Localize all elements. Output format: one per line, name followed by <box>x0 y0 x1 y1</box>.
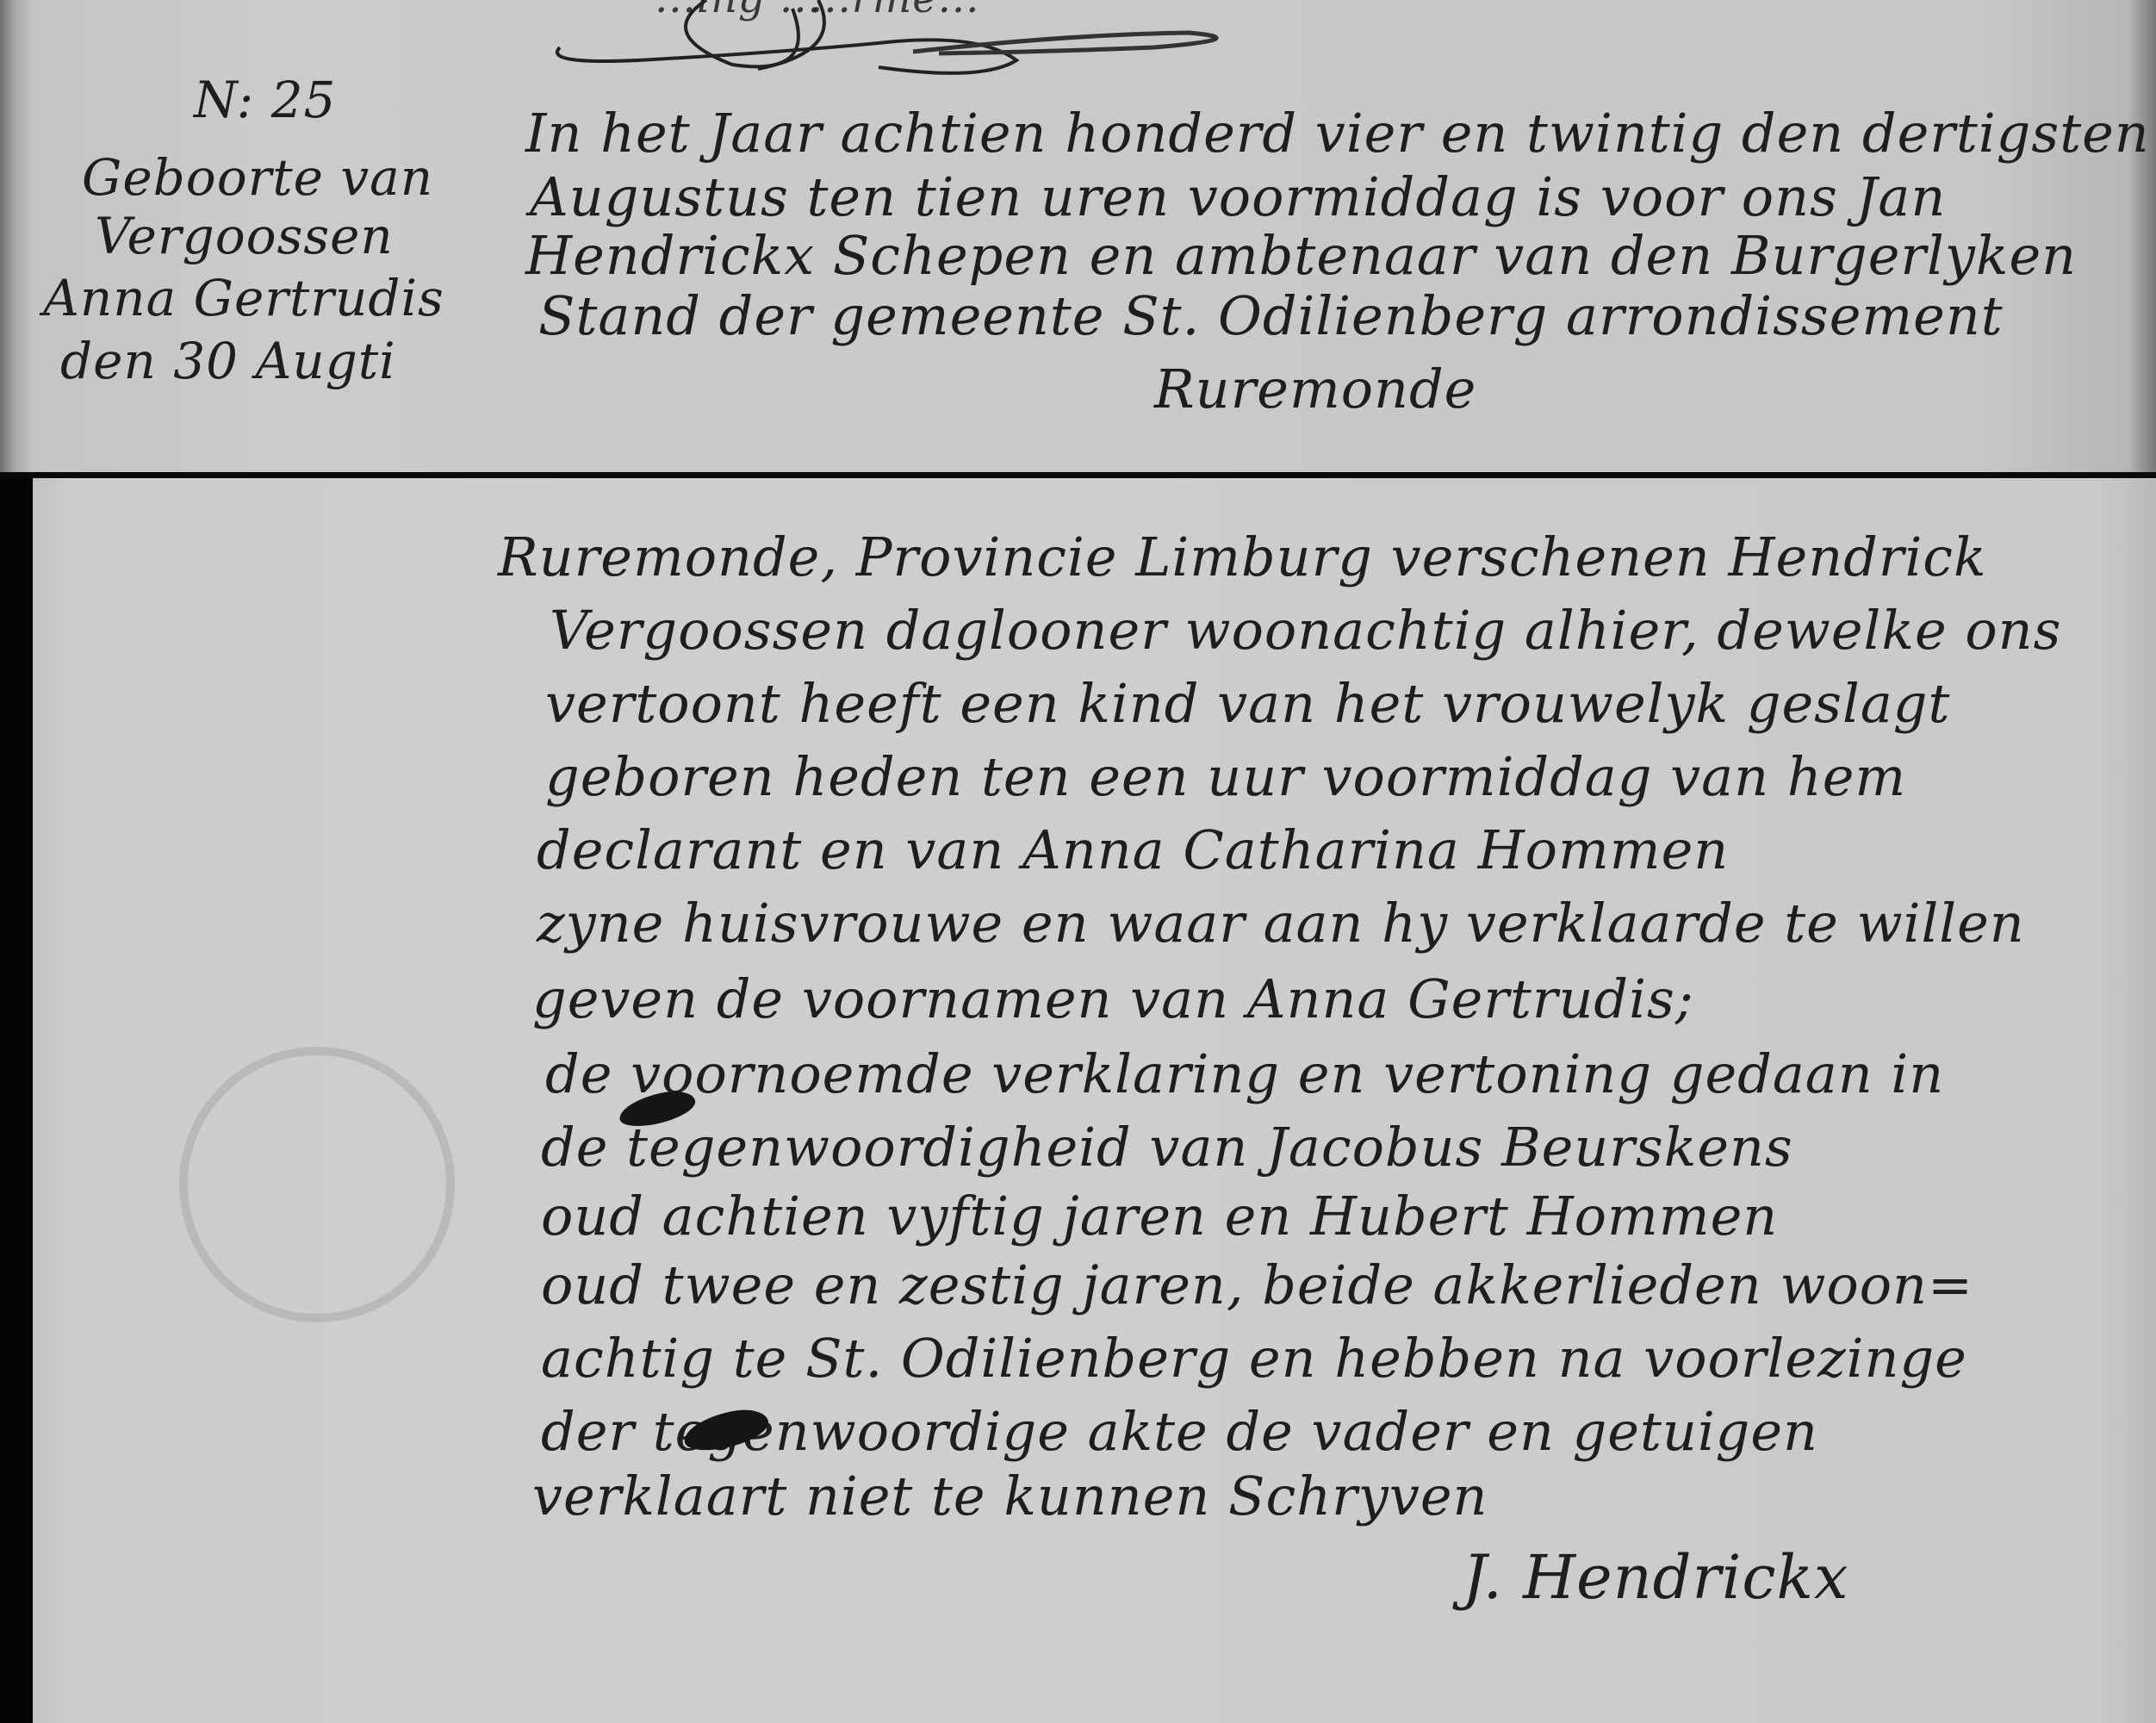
record-number: N: 25 <box>194 71 336 129</box>
upper-body-line-2: Augustus ten tien uren voormiddag is voo… <box>530 165 1946 228</box>
upper-body-line-4: Stand der gemeente St. Odilienberg arron… <box>538 284 2004 347</box>
upper-page-strip: ...ing ... ...rme... N: 25 Geboorte van … <box>0 0 2156 472</box>
lower-page-strip: Ruremonde, Provincie Limburg verschenen … <box>33 478 2156 1723</box>
lower-body-line-5: declarant en van Anna Catharina Hommen <box>537 818 1729 881</box>
lower-body-line-14: verklaart niet te kunnen Schryven <box>532 1465 1488 1527</box>
lower-body-line-1: Ruremonde, Provincie Limburg verschenen … <box>498 526 1987 588</box>
lower-body-line-4: geboren heden ten een uur voormiddag van… <box>545 745 1906 808</box>
upper-body-line-5: Ruremonde <box>1154 358 1476 420</box>
registrar-signature: J. Hendrickx <box>1463 1542 1848 1613</box>
lower-body-line-9: de tegenwoordigheid van Jacobus Beursken… <box>541 1116 1793 1179</box>
page-gap <box>0 472 2156 478</box>
top-fragment-right: ...rme... <box>810 0 979 22</box>
lower-body-line-8: de voornoemde verklaring en vertoning ge… <box>545 1042 1944 1105</box>
lower-body-line-2: Vergoossen daglooner woonachtig alhier, … <box>550 599 2061 662</box>
margin-line-2: Vergoossen <box>95 207 394 265</box>
top-fragment-left: ...ing ... <box>655 0 822 22</box>
lower-body-line-7: geven de voornamen van Anna Gertrudis; <box>532 967 1694 1030</box>
margin-line-4: den 30 Augti <box>60 332 396 390</box>
lower-body-line-11: oud twee en zestig jaren, beide akkerlie… <box>541 1253 1973 1316</box>
upper-body-line-1: In het Jaar achtien honderd vier en twin… <box>525 102 2150 165</box>
lower-body-line-10: oud achtien vyftig jaren en Hubert Homme… <box>541 1185 1778 1247</box>
margin-line-3: Anna Gertrudis <box>43 269 444 327</box>
scan-border <box>0 478 33 1723</box>
margin-line-1: Geboorte van <box>82 148 433 207</box>
lower-body-line-12: achtig te St. Odilienberg en hebben na v… <box>541 1327 1967 1390</box>
faded-stamp-mark <box>179 1047 455 1322</box>
lower-body-line-3: vertoont heeft een kind van het vrouwely… <box>545 672 1950 735</box>
upper-body-line-3: Hendrickx Schepen en ambtenaar van den B… <box>525 224 2077 287</box>
lower-body-line-6: zyne huisvrouwe en waar aan hy verklaard… <box>537 892 2025 955</box>
